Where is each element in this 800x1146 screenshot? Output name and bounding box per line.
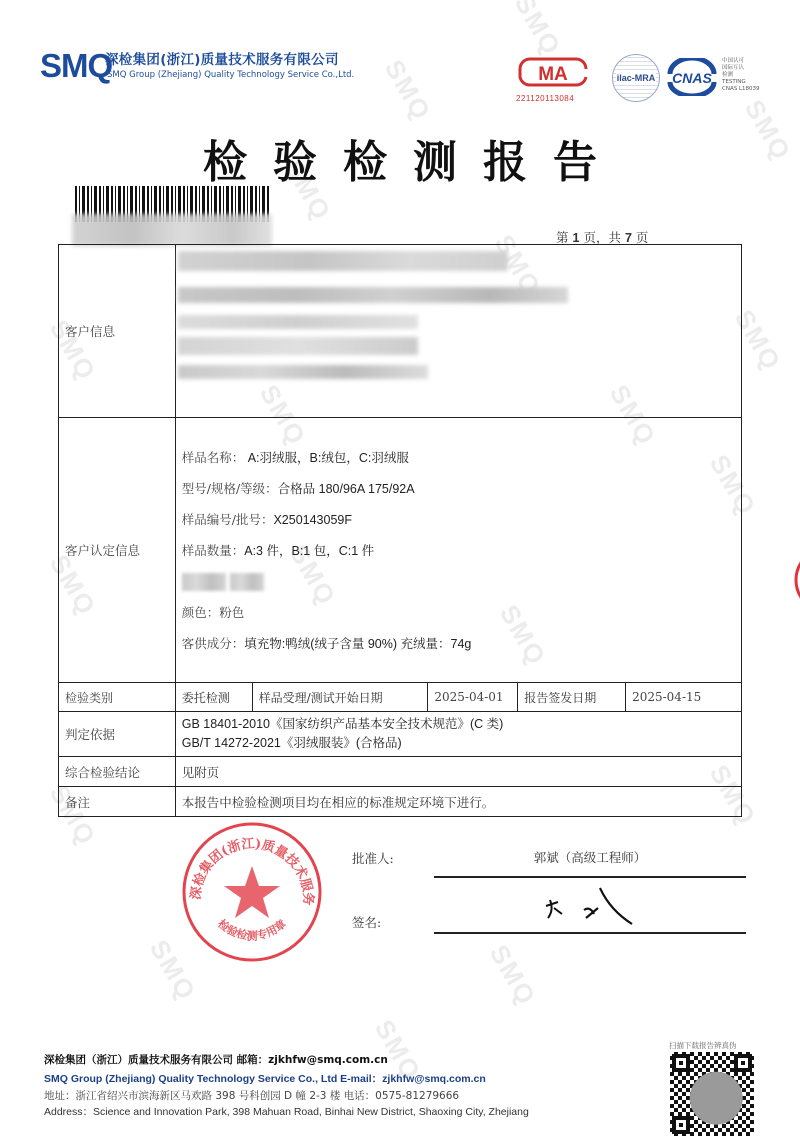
start-date: 2025-04-01 [428,683,518,712]
qr-finder [672,1054,690,1072]
basis-standards: GB 18401-2010《国家纺织产品基本安全技术规范》(C 类) GB/T … [175,712,741,757]
signature-line [434,932,746,934]
basis-row: 判定依据 GB 18401-2010《国家纺织产品基本安全技术规范》(C 类) … [59,712,742,757]
cnas-side-text: 中国认可 国际互认 检测 TESTING CNAS L18039 [722,58,762,93]
sample-quantity: 样品数量：A:3 件，B:1 包，C:1 件 [182,535,735,566]
footer-address-en: Address：Science and Innovation Park, 398… [44,1104,529,1119]
redacted-report-number [72,214,272,246]
cma-label: MA [538,64,568,85]
company-name-cn: 深检集团(浙江)质量技术服务有限公司 [105,52,339,68]
sample-name: 样品名称： A:羽绒服，B:绒包，C:羽绒服 [182,442,735,473]
inspection-type-value: 委托检测 [175,683,252,712]
cnas-mark-icon: CNAS [664,58,720,96]
ilac-label: ilac-MRA [616,73,657,83]
customer-declared-row: 客户认定信息 样品名称： A:羽绒服，B:绒包，C:羽绒服 型号/规格/等级：合… [59,418,742,683]
signature-icon [540,880,640,930]
footer-address-cn: 地址：浙江省绍兴市滨海新区马欢路 398 号科创园 D 幢 2-3 楼 电话：0… [44,1088,459,1103]
standard-item: GB/T 14272-2021《羽绒服装》(合格品) [182,734,735,753]
svg-text:检验检测专用章: 检验检测专用章 [215,916,289,942]
customer-info-row: 客户信息 [59,245,742,418]
qr-finder [734,1054,752,1072]
report-title: 检验检测报告 [0,126,800,190]
company-name-en: SMQ Group (Zhejiang) Quality Technology … [107,70,354,80]
conclusion-label: 综合检验结论 [59,757,176,787]
qr-caption: 扫描下载报告辨真伪 [669,1040,737,1051]
ilac-mra-icon: ilac-MRA [612,54,660,102]
redacted-line [182,566,735,597]
footer-company-en: SMQ Group (Zhejiang) Quality Technology … [44,1071,486,1086]
qr-code[interactable] [670,1052,754,1136]
sample-model-grade: 型号/规格/等级：合格品 180/96A 175/92A [182,473,735,504]
cma-number: 221120113084 [516,94,574,103]
sample-color: 颜色：粉色 [182,597,735,628]
sample-batch-number: 样品编号/批号：X250143059F [182,504,735,535]
issue-date: 2025-04-15 [626,683,742,712]
watermark: SMQ [508,0,567,61]
customer-info-redacted [175,245,741,418]
inspection-type-label: 检验类别 [59,683,176,712]
remarks-value: 本报告中检验检测项目均在相应的标准规定环境下进行。 [175,787,741,817]
remarks-row: 备注 本报告中检验检测项目均在相应的标准规定环境下进行。 [59,787,742,817]
seal-text-bottom: 检验检测专用章 [215,916,289,942]
inspection-type-row: 检验类别 委托检测 样品受理/测试开始日期 2025-04-01 报告签发日期 … [59,683,742,712]
qr-finder [672,1116,690,1134]
remarks-label: 备注 [59,787,176,817]
customer-info-label: 客户信息 [59,245,176,418]
smq-logo: SMQ [40,48,112,84]
start-date-label: 样品受理/测试开始日期 [252,683,428,712]
customer-declared-info: 样品名称： A:羽绒服，B:绒包，C:羽绒服 型号/规格/等级：合格品 180/… [175,418,741,683]
footer-company-cn: 深检集团（浙江）质量技术服务有限公司 邮箱：zjkhfw@smq.com.cn [44,1052,388,1067]
approver-label: 批准人: [352,849,394,867]
signature-label: 签名: [352,913,381,931]
watermark: SMQ [483,940,542,1012]
standard-item: GB 18401-2010《国家纺织产品基本安全技术规范》(C 类) [182,715,735,734]
approver-name: 郭斌（高级工程师） [434,848,746,866]
watermark: SMQ [378,55,437,127]
basis-label: 判定依据 [59,712,176,757]
sample-composition: 客供成分：填充物:鸭绒(绒子含量 90%) 充绒量：74g [182,628,735,659]
official-seal-icon: 深检集团(浙江)质量技术服务有限公司 检验检测专用章 [172,820,332,965]
conclusion-row: 综合检验结论 见附页 [59,757,742,787]
approver-line [434,876,746,878]
report-table: 客户信息 客户认定信息 样品名称： A:羽绒服，B:绒包，C:羽绒服 型号/规格… [58,244,742,817]
partial-seal-icon [788,545,800,615]
customer-declared-label: 客户认定信息 [59,418,176,683]
cma-mark-icon: MA [516,55,590,89]
cnas-label: CNAS [672,70,712,86]
issue-date-label: 报告签发日期 [518,683,626,712]
conclusion-value: 见附页 [175,757,741,787]
